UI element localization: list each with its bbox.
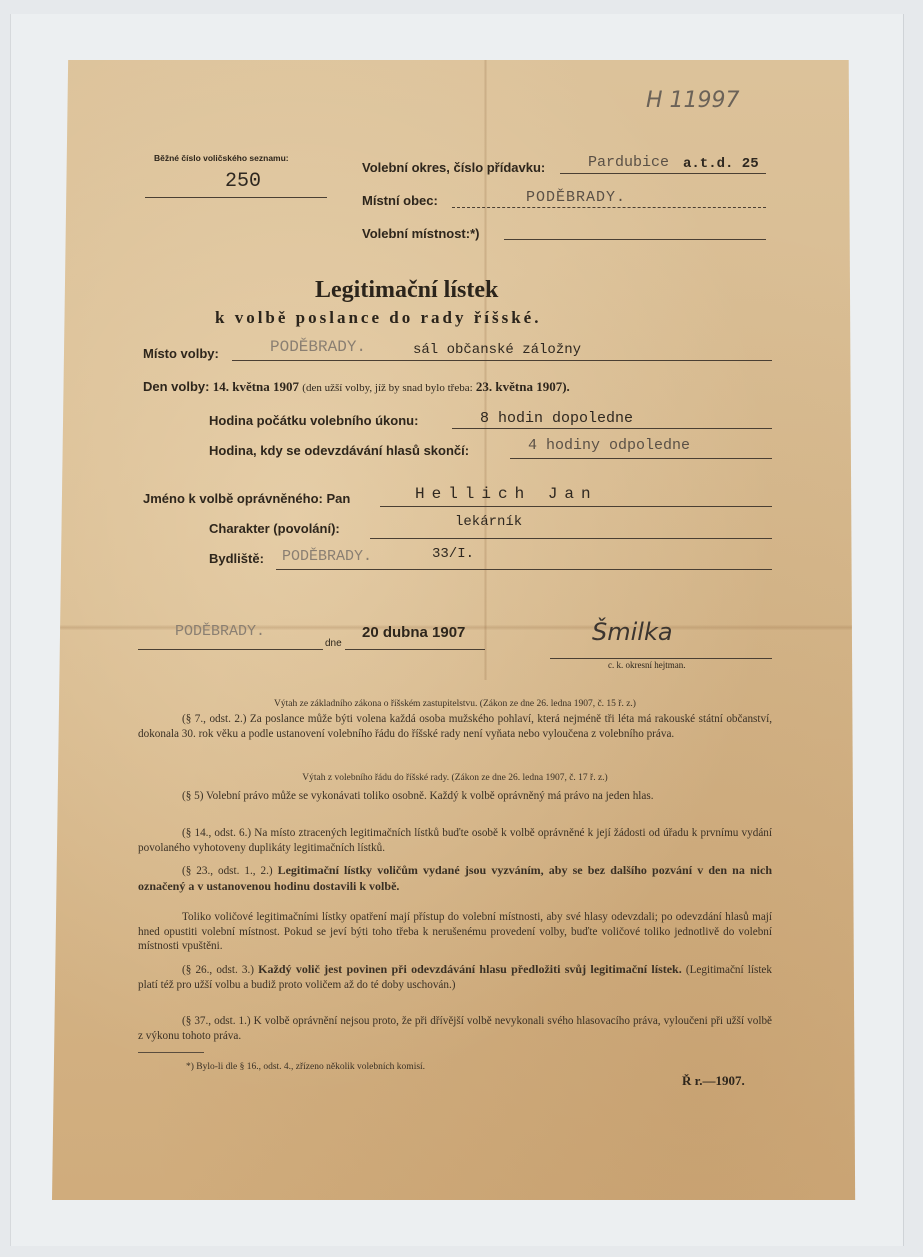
start-label: Hodina počátku volebního úkonu: bbox=[209, 413, 418, 428]
place-stamp: PODĚBRADY. bbox=[270, 338, 366, 356]
date-row: Den volby: 14. května 1907 (den užší vol… bbox=[143, 379, 570, 395]
polling-room-label: Volební místnost:*) bbox=[362, 226, 479, 241]
start-value: 8 hodin dopoledne bbox=[480, 410, 633, 427]
document-subtitle: k volbě poslance do rady říšské. bbox=[215, 308, 541, 328]
district-suffix: a.t.d. 25 bbox=[683, 156, 759, 172]
legal-p26-ref: (§ 26., odst. 3.) bbox=[182, 964, 254, 976]
place-label: Místo volby: bbox=[143, 346, 219, 361]
date-paren: (den užší volby, jíž by snad bylo třeba: bbox=[302, 382, 472, 394]
legal-heading-2: Výtah z volebního řádu do říšské rady. (… bbox=[138, 771, 772, 786]
voter-list-number: 250 bbox=[225, 170, 261, 193]
district-label: Volební okres, číslo přídavku: bbox=[362, 160, 545, 175]
municipality-value: PODĚBRADY. bbox=[526, 189, 626, 206]
polling-room-line bbox=[504, 239, 766, 240]
legal-paragraph-5: (§ 5) Volební právo může se vykonávati t… bbox=[138, 789, 772, 804]
legal-paragraph-14: (§ 14., odst. 6.) Na místo ztracených le… bbox=[138, 826, 772, 855]
residence-stamp: PODĚBRADY. bbox=[282, 548, 372, 565]
footnote-rule bbox=[138, 1052, 204, 1053]
start-line bbox=[452, 428, 772, 429]
legal-paragraph-26: (§ 26., odst. 3.) Každý volič jest povin… bbox=[138, 962, 772, 992]
voter-list-number-line bbox=[145, 197, 327, 198]
district-value: Pardubice bbox=[588, 154, 669, 171]
voter-list-number-label: Běžné číslo voličského seznamu: bbox=[154, 153, 289, 163]
sign-place-stamp: PODĚBRADY. bbox=[175, 623, 265, 640]
legal-paragraph-23-cont: Toliko voličové legitimačními lístky opa… bbox=[138, 910, 772, 954]
sign-date: 20 dubna 1907 bbox=[362, 624, 465, 641]
end-value: 4 hodiny odpoledne bbox=[528, 437, 690, 454]
municipality-label: Místní obec: bbox=[362, 193, 438, 208]
date-runoff: 23. května 1907). bbox=[476, 379, 570, 394]
legal-paragraph-7: (§ 7., odst. 2.) Za poslance může býti v… bbox=[138, 712, 772, 741]
place-value: sál občanské záložny bbox=[413, 342, 581, 358]
occupation-value: lekárník bbox=[455, 514, 522, 530]
legal-heading-1: Výtah ze základního zákona o říšském zas… bbox=[138, 697, 772, 712]
municipality-line bbox=[452, 207, 766, 208]
legal-p23-ref: (§ 23., odst. 1., 2.) bbox=[182, 865, 273, 877]
name-label: Jméno k volbě oprávněného: Pan bbox=[143, 491, 350, 506]
name-value: Hellich Jan bbox=[415, 485, 598, 503]
legal-p26-bold: Každý volič jest povinen při odevzdávání… bbox=[258, 962, 682, 976]
residence-value: 33/I. bbox=[432, 546, 474, 562]
sign-date-line bbox=[345, 649, 485, 650]
sign-dne: dne bbox=[325, 638, 342, 649]
sign-place-line bbox=[138, 649, 323, 650]
printer-mark: Ř r.—1907. bbox=[682, 1073, 745, 1089]
document-title: Legitimační lístek bbox=[315, 277, 498, 304]
district-line bbox=[560, 173, 766, 174]
end-label: Hodina, kdy se odevzdávání hlasů skončí: bbox=[209, 443, 469, 458]
end-line bbox=[510, 458, 772, 459]
archive-number: H 11997 bbox=[646, 88, 740, 113]
residence-label: Bydliště: bbox=[209, 551, 264, 566]
footnote: *) Bylo-li dle § 16., odst. 4., zřízeno … bbox=[186, 1060, 686, 1075]
name-line bbox=[380, 506, 772, 507]
date-value: 14. května 1907 bbox=[213, 379, 299, 394]
occupation-line bbox=[370, 538, 772, 539]
place-line bbox=[232, 360, 772, 361]
legal-paragraph-23: (§ 23., odst. 1., 2.) Legitimační lístky… bbox=[138, 863, 772, 894]
date-label: Den volby: bbox=[143, 379, 209, 394]
occupation-label: Charakter (povolání): bbox=[209, 521, 340, 536]
legal-paragraph-37: (§ 37., odst. 1.) K volbě oprávnění nejs… bbox=[138, 1014, 772, 1043]
signer-title: c. k. okresní hejtman. bbox=[608, 660, 685, 670]
signature-line bbox=[550, 658, 772, 659]
fold-crease-vertical bbox=[484, 60, 487, 680]
official-signature: Šmilka bbox=[592, 618, 673, 646]
residence-line bbox=[276, 569, 772, 570]
